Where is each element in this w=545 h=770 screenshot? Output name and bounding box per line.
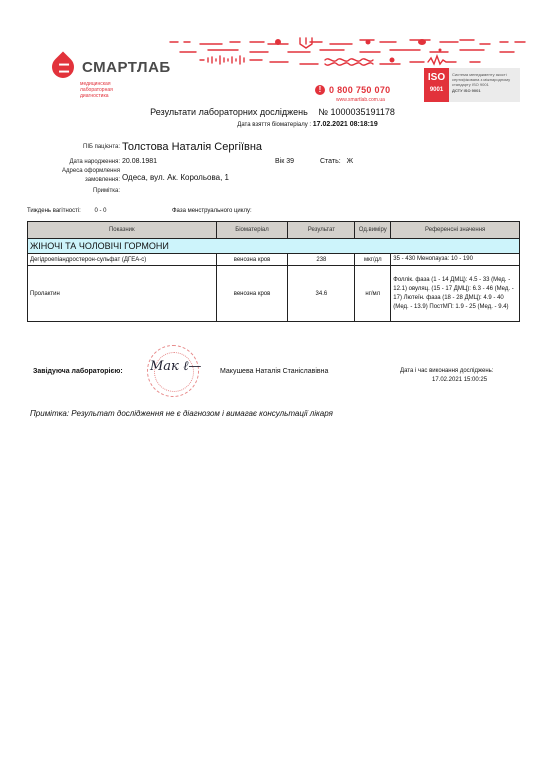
iso-text: Система менеджменту якості сертифікована… [452, 72, 516, 87]
website-link[interactable]: www.smartlab.com.ua [336, 97, 385, 103]
iso-standard: ДСТУ ISO 9001 [452, 88, 516, 93]
dob-label: Дата народження: [40, 159, 120, 165]
decorative-lab-banner-icon [160, 32, 530, 72]
dob-value: 20.08.1981 [122, 158, 157, 165]
smartlab-logo: СМАРТЛАБ [52, 56, 171, 78]
brand-tagline: медицинская лабораторная диагностика [80, 81, 140, 99]
iso-certification: ISO 9001 Система менеджменту якості серт… [424, 68, 520, 102]
col-indicator: Показник [28, 222, 217, 239]
group-title: ЖІНОЧІ ТА ЧОЛОВІЧІ ГОРМОНИ [28, 239, 520, 254]
sample-date-label: Дата взяття біоматеріалу : [237, 122, 311, 128]
phone-contact: ! 0 800 750 070 [315, 85, 390, 95]
group-row: ЖІНОЧІ ТА ЧОЛОВІЧІ ГОРМОНИ [28, 239, 520, 254]
col-unit: Од.виміру [355, 222, 391, 239]
col-result: Результат [288, 222, 355, 239]
reference-values: Фоллік. фаза (1 - 14 ДМЦ): 4.5 - 33 (Мед… [391, 266, 520, 322]
disclaimer-note: Примітка: Результат дослідження не є діа… [30, 409, 333, 418]
age: Вік 39 [275, 158, 294, 165]
biomaterial: венозна кров [216, 266, 288, 322]
patient-name-label: ПІБ пацієнта: [40, 144, 120, 150]
pregnancy-week: Тиждень вагітності: 0 - 0 [27, 208, 107, 214]
menstrual-phase-label: Фаза менструального циклу: [172, 208, 252, 214]
report-title: Результати лабораторних досліджень № 100… [0, 107, 545, 117]
indicator-name: Дегідроепіандростерон-сульфат (ДГЕА-с) [28, 254, 217, 266]
unit: нг/мл [355, 266, 391, 322]
phone-number: 0 800 750 070 [329, 85, 390, 95]
indicator-name: Пролактин [28, 266, 217, 322]
address-label: Адреса оформлення замовлення: [40, 167, 120, 185]
completed-datetime: 17.02.2021 15:00:25 [432, 377, 487, 383]
phone-alert-icon: ! [315, 85, 325, 95]
table-row: Дегідроепіандростерон-сульфат (ДГЕА-с) в… [28, 254, 520, 266]
completed-label: Дата і час виконання досліджень: [400, 368, 493, 374]
result-value: 34.6 [288, 266, 355, 322]
iso-badge-icon: ISO 9001 [424, 68, 449, 102]
blood-drop-logo-icon [47, 51, 78, 82]
table-header-row: Показник Біоматеріал Результат Од.виміру… [28, 222, 520, 239]
lab-head-label: Завідуюча лабораторією: [33, 368, 123, 375]
results-table: Показник Біоматеріал Результат Од.виміру… [27, 221, 520, 322]
col-reference: Референсні значення [391, 222, 520, 239]
patient-name: Толстова Наталія Сергіївна [122, 141, 262, 153]
brand-name: СМАРТЛАБ [82, 59, 171, 76]
biomaterial: венозна кров [216, 254, 288, 266]
address-value: Одеса, вул. Ак. Корольова, 1 [122, 173, 229, 182]
sample-date: Дата взяття біоматеріалу : 17.02.2021 08… [0, 121, 545, 128]
table-row: Пролактин венозна кров 34.6 нг/мл Фоллік… [28, 266, 520, 322]
report-number: № 1000035191178 [318, 107, 395, 117]
signature: Мак ℓ— [150, 358, 201, 374]
col-biomaterial: Біоматеріал [216, 222, 288, 239]
sex: Стать: Ж [320, 158, 353, 165]
sample-date-value: 17.02.2021 08:18:19 [313, 121, 378, 128]
reference-values: 35 - 430 Менопауза: 10 - 190 [391, 254, 520, 266]
note-label: Примітка: [40, 188, 120, 194]
result-value: 238 [288, 254, 355, 266]
lab-head-name: Макушева Наталія Станіславівна [220, 368, 328, 375]
unit: мкг/дл [355, 254, 391, 266]
